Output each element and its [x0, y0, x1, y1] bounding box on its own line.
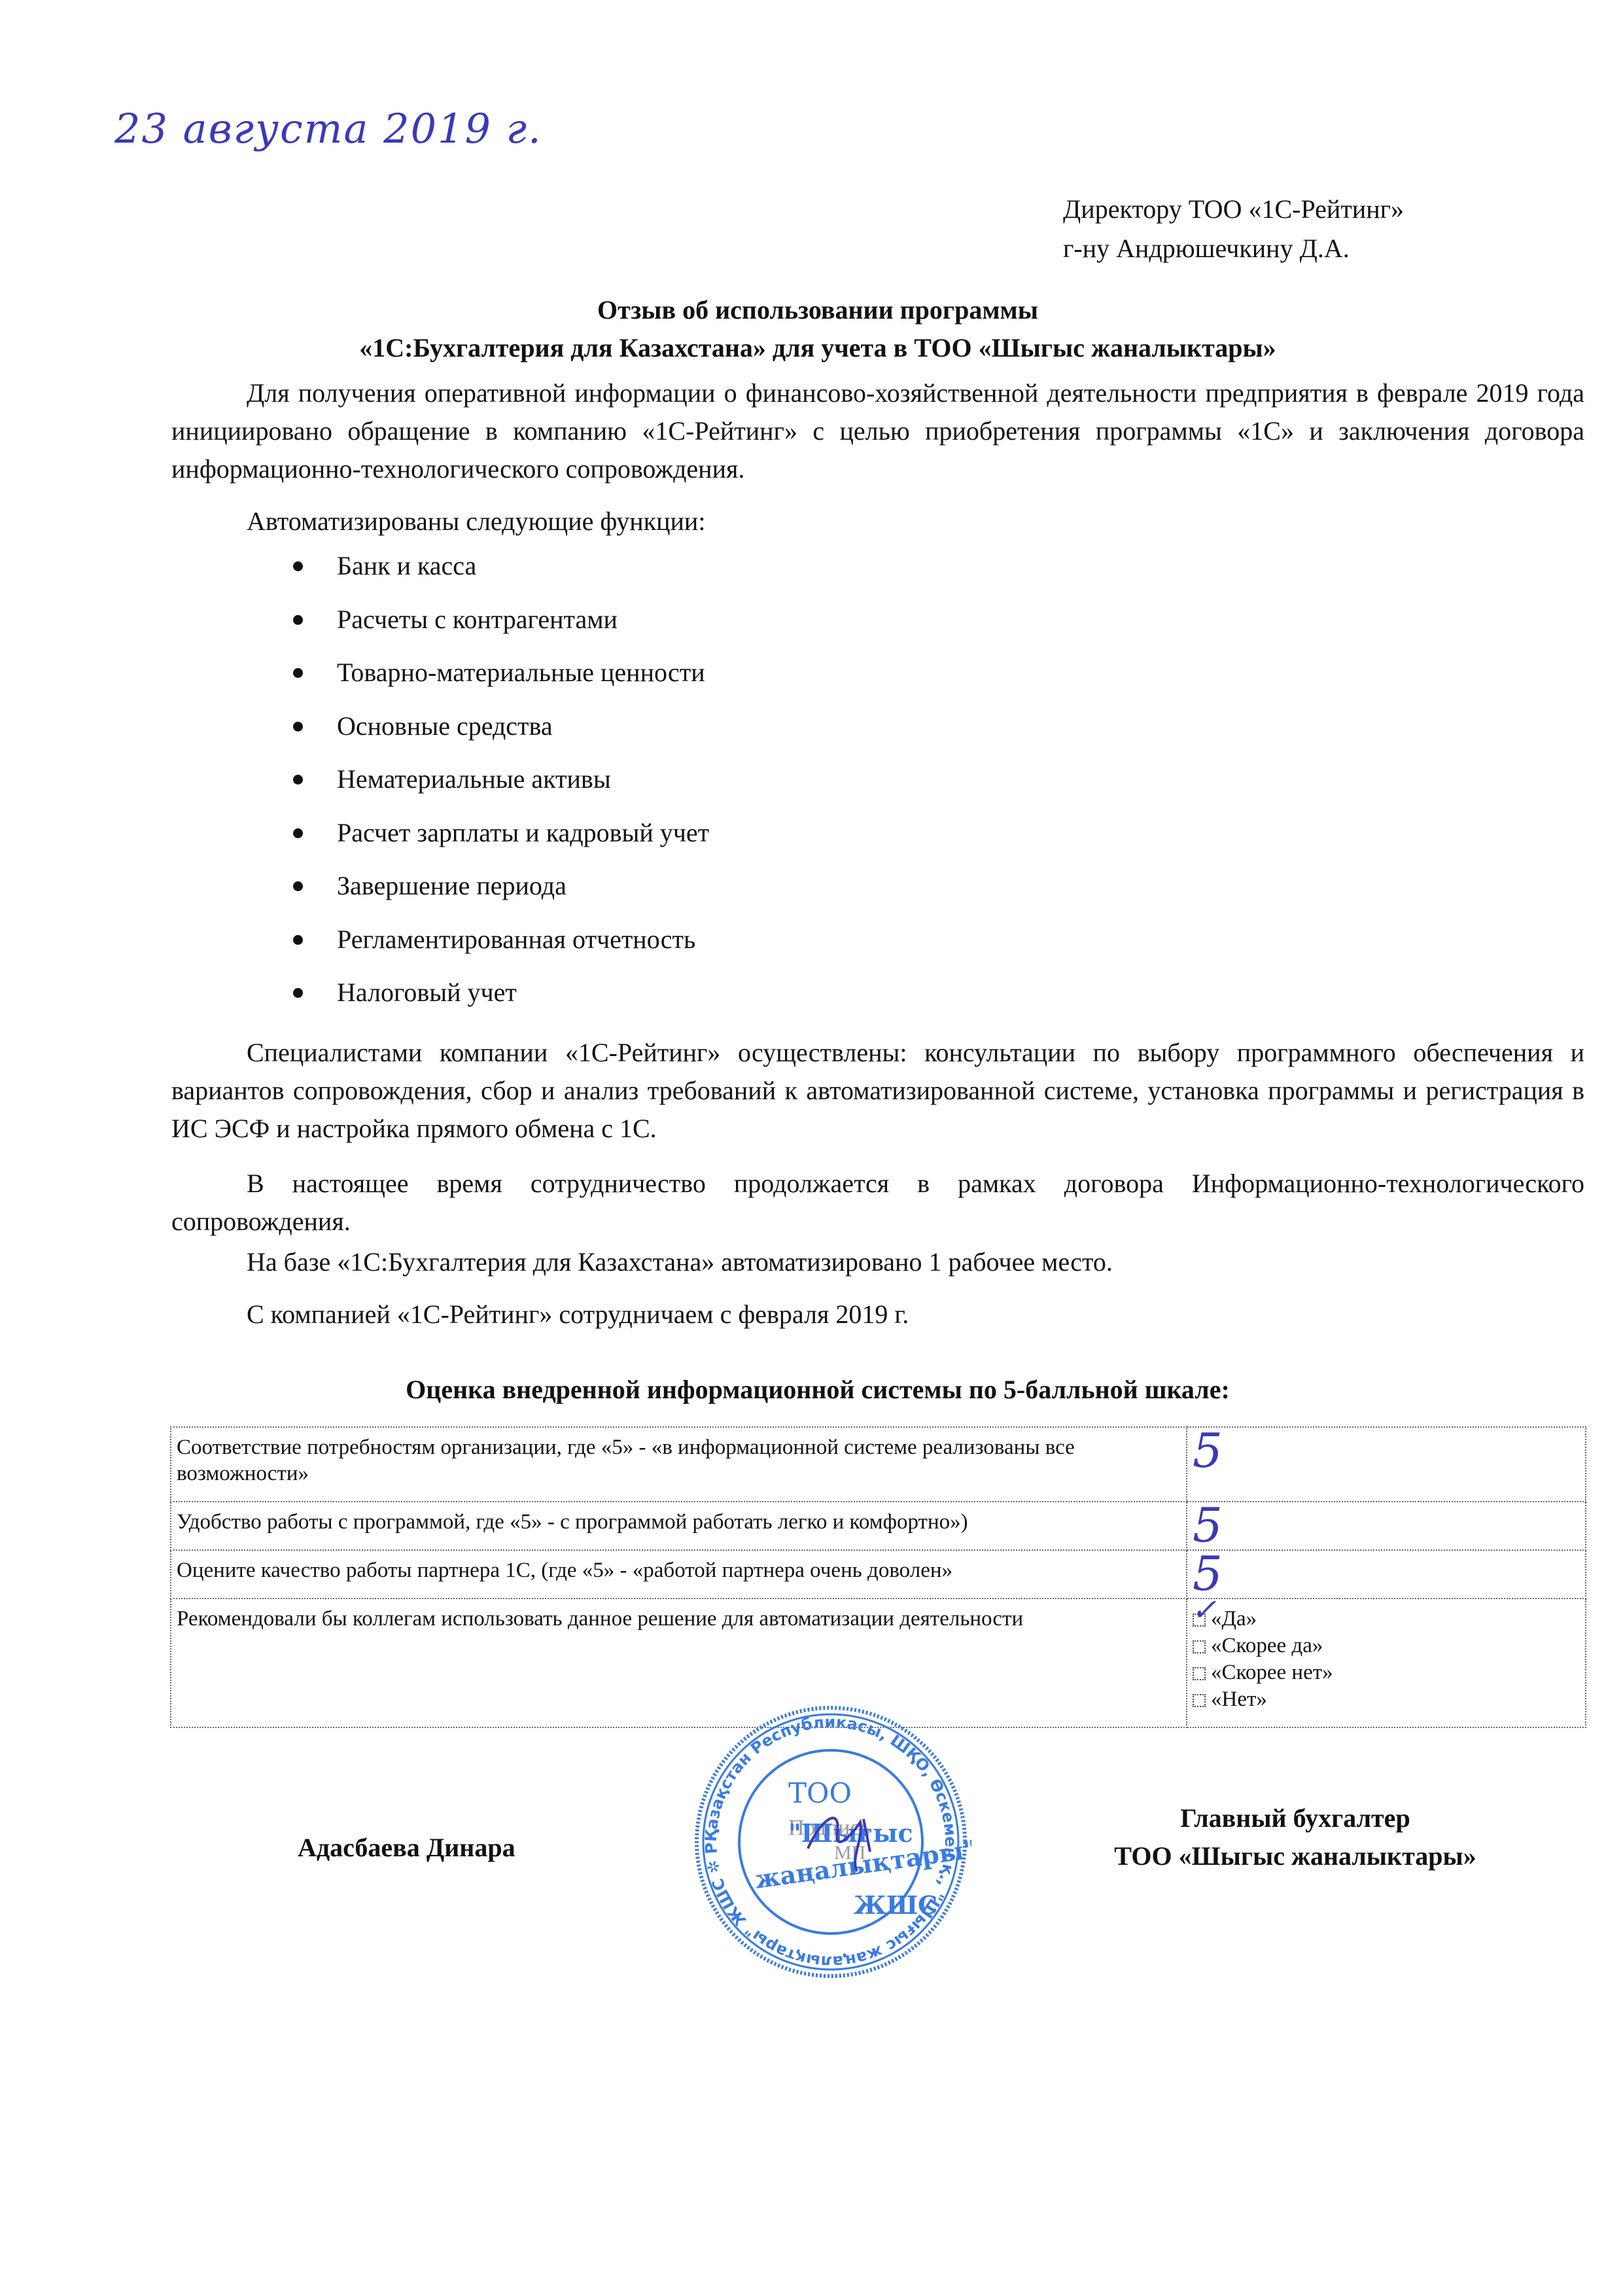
option-label: «Да» [1211, 1607, 1257, 1631]
score-cell: 5 [1187, 1550, 1586, 1598]
option-label: «Скорее нет» [1211, 1661, 1333, 1684]
list-item: Завершение периода [288, 870, 709, 923]
table-row: Соответствие потребностям организации, г… [171, 1427, 1586, 1502]
stamp-center-4: ЖШС [854, 1890, 937, 1920]
specialists-paragraph: Специалистами компании «1С-Рейтинг» осущ… [171, 1034, 1584, 1148]
signer-position: Главный бухгалтер ТОО «Шыгыс жаналыктары… [1047, 1799, 1544, 1875]
functions-lead: Автоматизированы следующие функции: [171, 503, 1584, 540]
company-stamp-icon: Қазақстан Республикасы, ШҚО, Өскемен қ.,… [690, 1701, 971, 1983]
list-item: Регламентированная отчетность [288, 923, 709, 977]
checkbox-icon[interactable] [1193, 1667, 1206, 1680]
recommend-options-cell: ✓«Да» «Скорее да» «Скорее нет» «Нет» [1187, 1598, 1586, 1727]
criterion-cell: Оцените качество работы партнера 1С, (гд… [171, 1550, 1187, 1598]
option-rather-no[interactable]: «Скорее нет» [1193, 1659, 1580, 1686]
option-label: «Скорее да» [1211, 1634, 1323, 1657]
addressee-block: Директору ТОО «1С-Рейтинг» г-ну Андрюшеч… [1063, 190, 1404, 268]
handwritten-date: 23 августа 2019 г. [114, 105, 542, 152]
checkbox-icon[interactable] [1193, 1694, 1206, 1707]
list-item: Расчеты с контрагентами [288, 603, 709, 657]
list-item: Товарно-материальные ценности [288, 656, 709, 710]
table-row: Удобство работы с программой, где «5» - … [171, 1502, 1586, 1550]
criterion-cell: Соответствие потребностям организации, г… [171, 1427, 1187, 1502]
list-item: Нематериальные активы [288, 763, 709, 817]
list-item: Налоговый учет [288, 976, 709, 1030]
title-line-2: «1С:Бухгалтерия для Казахстана» для учет… [164, 329, 1472, 367]
checkbox-icon[interactable] [1193, 1640, 1206, 1653]
score-cell: 5 [1187, 1427, 1586, 1502]
list-item: Расчет зарплаты и кадровый учет [288, 817, 709, 870]
check-mark-icon: ✓ [1191, 1597, 1217, 1623]
functions-list: Банк и касса Расчеты с контрагентами Тов… [288, 550, 709, 1030]
criterion-cell: Рекомендовали бы коллегам использовать д… [171, 1598, 1187, 1727]
cooperation-since-paragraph: С компанией «1С-Рейтинг» сотрудничаем с … [171, 1296, 1584, 1333]
position-line-1: Главный бухгалтер [1047, 1799, 1544, 1837]
evaluation-table: Соответствие потребностям организации, г… [170, 1426, 1586, 1728]
criterion-cell: Удобство работы с программой, где «5» - … [171, 1502, 1187, 1550]
current-cooperation-paragraph: В настоящее время сотрудничество продолж… [171, 1165, 1584, 1241]
option-rather-yes[interactable]: «Скорее да» [1193, 1633, 1580, 1659]
list-item: Банк и касса [288, 550, 709, 603]
workplaces-paragraph: На базе «1С:Бухгалтерия для Казахстана» … [171, 1243, 1584, 1281]
position-line-2: ТОО «Шыгыс жаналыктары» [1047, 1837, 1544, 1875]
option-yes[interactable]: ✓«Да» [1193, 1606, 1580, 1633]
addressee-line-2: г-ну Андрюшечкину Д.А. [1063, 229, 1404, 268]
table-row: Оцените качество работы партнера 1С, (гд… [171, 1550, 1586, 1598]
option-label: «Нет» [1211, 1687, 1267, 1711]
list-item: Основные средства [288, 710, 709, 764]
signer-name: Адасбаева Динара [298, 1832, 515, 1863]
document-title: Отзыв об использовании программы «1С:Бух… [164, 291, 1472, 367]
title-line-1: Отзыв об использовании программы [164, 291, 1472, 329]
stamp-center-1: ТОО [788, 1777, 852, 1809]
evaluation-title: Оценка внедренной информационной системы… [164, 1374, 1472, 1405]
option-no[interactable]: «Нет» [1193, 1686, 1580, 1713]
score-cell: 5 [1187, 1502, 1586, 1550]
addressee-line-1: Директору ТОО «1С-Рейтинг» [1063, 190, 1404, 229]
intro-paragraph: Для получения оперативной информации о ф… [171, 374, 1584, 488]
